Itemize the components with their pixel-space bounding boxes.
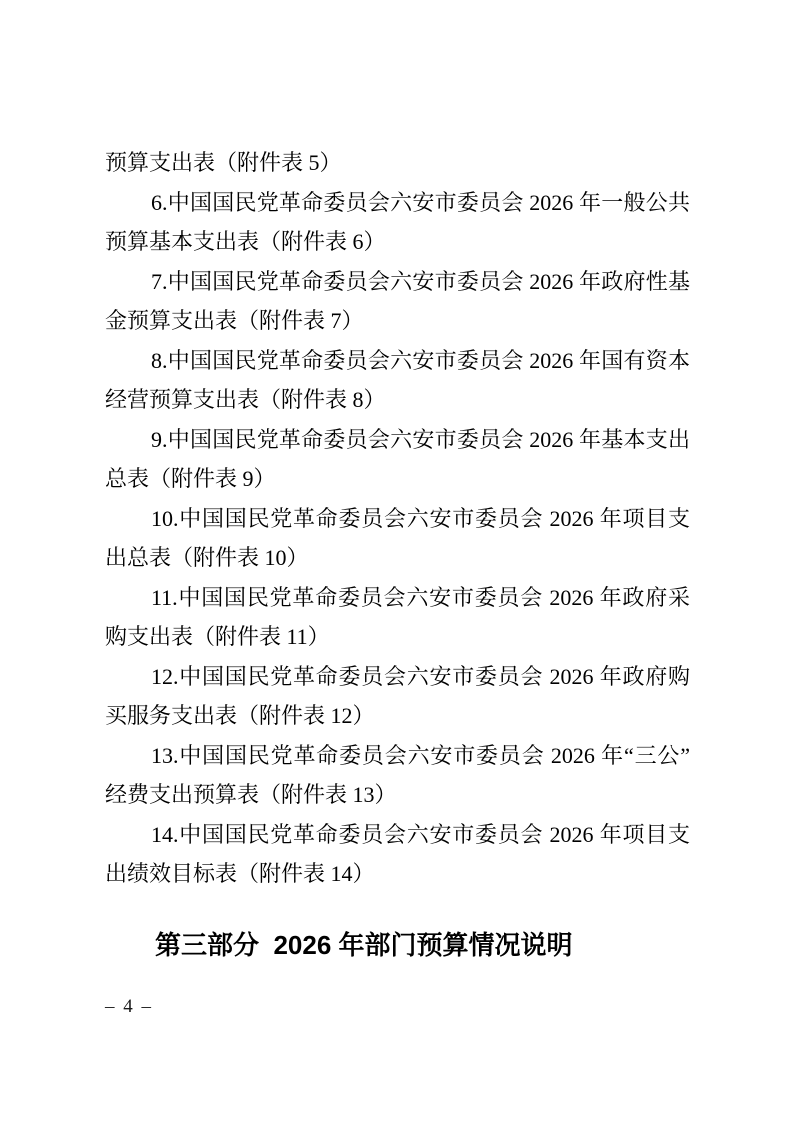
body-line: 8.中国国民党革命委员会六安市委员会 2026 年国有资本 — [105, 341, 690, 381]
body-line: 预算基本支出表（附件表 6） — [105, 222, 690, 262]
body-line: 出绩效目标表（附件表 14） — [105, 854, 690, 894]
body-line: 10.中国国民党革命委员会六安市委员会 2026 年项目支 — [105, 499, 690, 539]
body-line: 9.中国国民党革命委员会六安市委员会 2026 年基本支出 — [105, 420, 690, 460]
document-body: 预算支出表（附件表 5） 6.中国国民党革命委员会六安市委员会 2026 年一般… — [105, 143, 690, 965]
body-line: 13.中国国民党革命委员会六安市委员会 2026 年“三公” — [105, 736, 690, 776]
body-line: 11.中国国民党革命委员会六安市委员会 2026 年政府采 — [105, 578, 690, 618]
page-number: – 4 – — [105, 996, 153, 1018]
body-line: 12.中国国民党革命委员会六安市委员会 2026 年政府购 — [105, 657, 690, 697]
body-line: 6.中国国民党革命委员会六安市委员会 2026 年一般公共 — [105, 183, 690, 223]
body-line: 经营预算支出表（附件表 8） — [105, 380, 690, 420]
body-line: 出总表（附件表 10） — [105, 538, 690, 578]
body-line: 预算支出表（附件表 5） — [105, 143, 690, 183]
section-heading: 第三部分 2026 年部门预算情况说明 — [105, 925, 690, 965]
body-line: 14.中国国民党革命委员会六安市委员会 2026 年项目支 — [105, 815, 690, 855]
body-line: 总表（附件表 9） — [105, 459, 690, 499]
body-line: 7.中国国民党革命委员会六安市委员会 2026 年政府性基 — [105, 262, 690, 302]
body-line: 经费支出预算表（附件表 13） — [105, 775, 690, 815]
body-line: 金预算支出表（附件表 7） — [105, 301, 690, 341]
document-page: 预算支出表（附件表 5） 6.中国国民党革命委员会六安市委员会 2026 年一般… — [0, 0, 793, 1122]
body-line: 买服务支出表（附件表 12） — [105, 696, 690, 736]
body-line: 购支出表（附件表 11） — [105, 617, 690, 657]
